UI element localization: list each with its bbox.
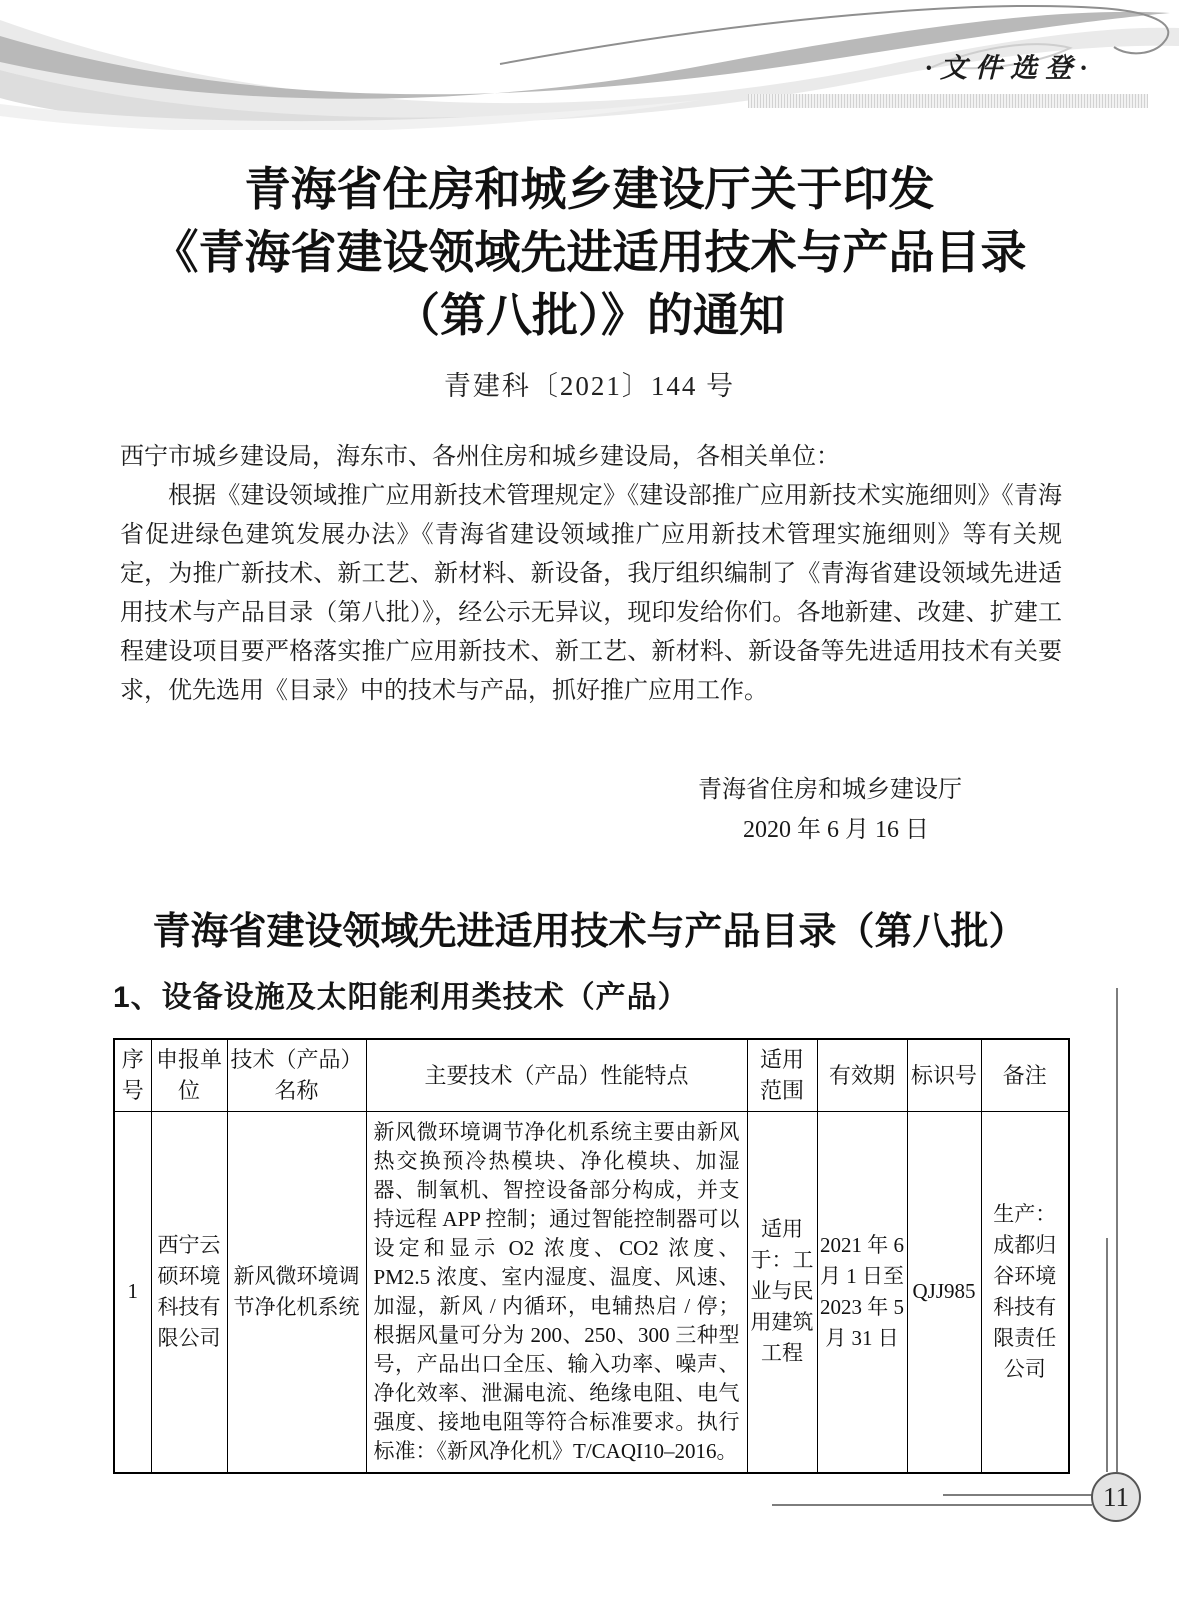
cell-seq: 1 [114, 1111, 151, 1473]
footer-ornament-hline-short [943, 1494, 1093, 1496]
notice-title-line-2: 《青海省建设领域先进适用技术与产品目录 [153, 227, 1027, 278]
cell-features: 新风微环境调节净化机系统主要由新风热交换预冷热模块、净化模块、加湿器、制氧机、智… [366, 1111, 747, 1473]
column-header-label: ·文件选登· [880, 46, 1140, 85]
footer-ornament-vline-short [1106, 1238, 1108, 1472]
cell-validity: 2021 年 6 月 1 日至 2023 年 5 月 31 日 [817, 1111, 907, 1473]
col-header-features: 主要技术（产品）性能特点 [366, 1039, 747, 1111]
section-heading: 1、设备设施及太阳能利用类技术（产品） [113, 972, 689, 1016]
footer-ornament-hline-long [772, 1504, 1092, 1506]
signature-org: 青海省住房和城乡建设厅 [120, 769, 1062, 804]
cell-id-number: QJJ985 [907, 1111, 981, 1473]
col-header-applicant: 申报单位 [151, 1039, 227, 1111]
col-header-validity: 有效期 [817, 1039, 907, 1111]
header-hatch-bar [748, 94, 1148, 108]
notice-body: 西宁市城乡建设局，海东市、各州住房和城乡建设局，各相关单位： 根据《建设领域推广… [120, 438, 1062, 711]
catalog-table: 序号 申报单位 技术（产品）名称 主要技术（产品）性能特点 适用范围 有效期 标… [113, 1038, 1070, 1474]
cell-remark: 生产：成都归谷环境科技有限责任公司 [981, 1111, 1069, 1473]
document-page: ·文件选登· 青海省住房和城乡建设厅关于印发 《青海省建设领域先进适用技术与产品… [0, 0, 1179, 1600]
notice-title-line-3: （第八批）》的通知 [394, 290, 785, 341]
col-header-remark: 备注 [981, 1039, 1069, 1111]
col-header-product-name: 技术（产品）名称 [227, 1039, 366, 1111]
table-row: 1 西宁云硕环境科技有限公司 新风微环境调节净化机系统 新风微环境调节净化机系统… [114, 1111, 1069, 1473]
salutation: 西宁市城乡建设局，海东市、各州住房和城乡建设局，各相关单位： [120, 438, 1062, 477]
signature-date: 2020 年 6 月 16 日 [120, 809, 1062, 844]
notice-title-line-1: 青海省住房和城乡建设厅关于印发 [245, 164, 935, 215]
cell-applicant: 西宁云硕环境科技有限公司 [151, 1111, 227, 1473]
body-paragraph: 根据《建设领域推广应用新技术管理规定》《建设部推广应用新技术实施细则》《青海省促… [120, 477, 1062, 711]
document-number: 青建科〔2021〕144 号 [60, 364, 1119, 403]
catalog-title: 青海省建设领域先进适用技术与产品目录（第八批） [60, 900, 1119, 955]
cell-scope: 适用于：工业与民用建筑工程 [747, 1111, 817, 1473]
cell-product-name: 新风微环境调节净化机系统 [227, 1111, 366, 1473]
table-header-row: 序号 申报单位 技术（产品）名称 主要技术（产品）性能特点 适用范围 有效期 标… [114, 1039, 1069, 1111]
page-number-badge: 11 [1091, 1472, 1141, 1522]
col-header-seq: 序号 [114, 1039, 151, 1111]
col-header-id-number: 标识号 [907, 1039, 981, 1111]
footer-ornament-vline-long [1116, 988, 1118, 1472]
notice-title: 青海省住房和城乡建设厅关于印发 《青海省建设领域先进适用技术与产品目录 （第八批… [60, 158, 1119, 347]
col-header-scope: 适用范围 [747, 1039, 817, 1111]
